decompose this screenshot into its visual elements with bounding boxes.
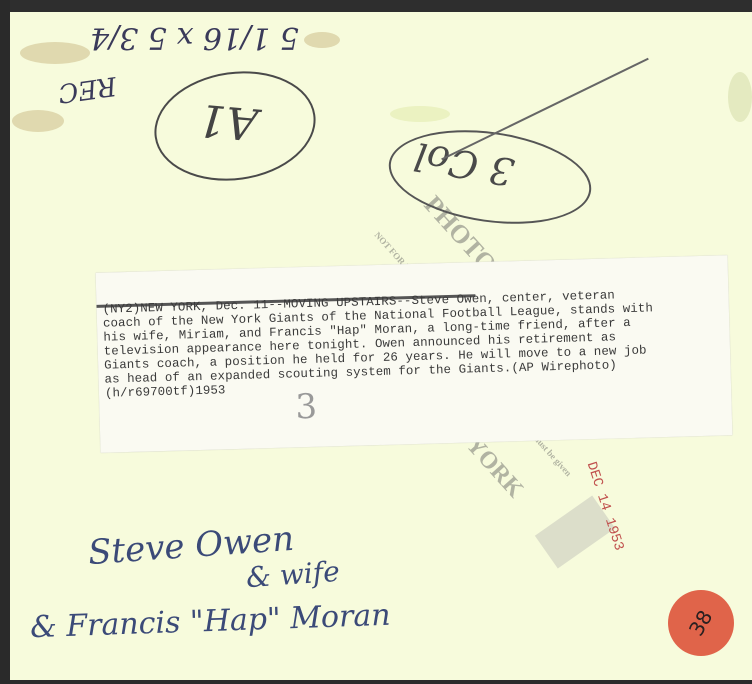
stain [390,106,450,122]
caption-text: (NY2)NEW YORK, Dec. 11--MOVING UPSTAIRS-… [102,285,724,400]
handwritten-name-line2: & wife [245,555,341,594]
stain [20,42,90,64]
circled-mark-label: A1 [196,93,260,149]
stain [728,72,752,122]
handwritten-dimensions: 5 1/16 x 5 3/4 [90,20,299,55]
caption-slip: (NY2)NEW YORK, Dec. 11--MOVING UPSTAIRS-… [96,255,733,453]
stain [304,32,340,48]
stain [12,110,64,132]
photo-reverse-paper: 5 1/16 x 5 3/4 REC A1 3 Col PHOTOS NOT F… [10,12,752,680]
scan-border-top [0,0,752,12]
scan-border-left [0,0,10,684]
sticker-number: 38 [684,606,718,640]
faded-stamp: YORK [460,432,528,504]
caption-handwritten-mark: 3 [295,387,318,428]
handwritten-name-line3: & Francis "Hap" Moran [29,598,391,646]
handwritten-code: REC [56,70,118,108]
number-sticker: 38 [668,590,734,656]
